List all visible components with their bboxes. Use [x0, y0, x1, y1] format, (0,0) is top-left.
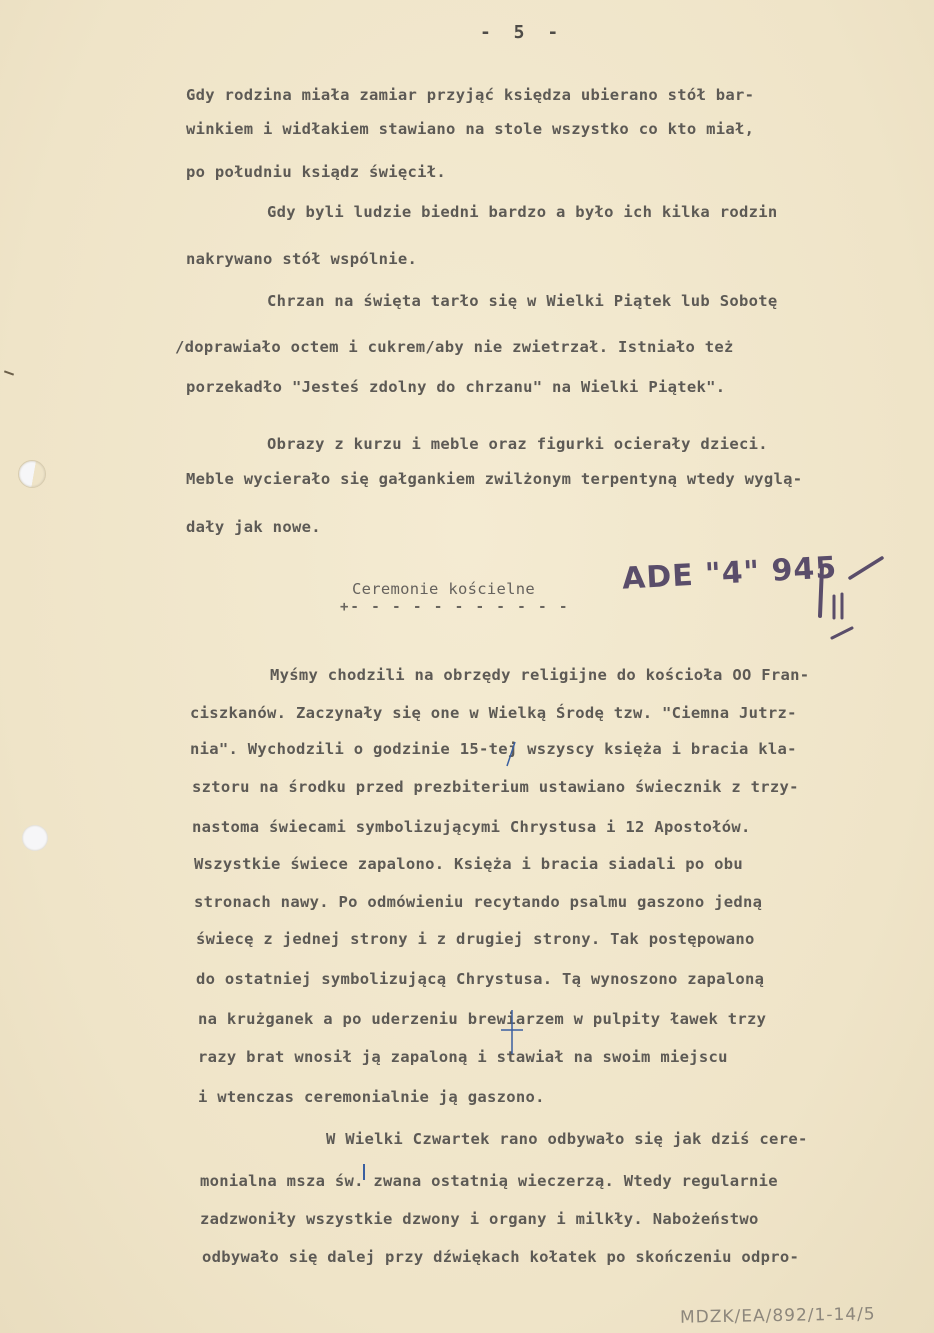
text-line: na krużganek a po uderzeniu brewiarzem w… [198, 1010, 766, 1028]
text-line: razy brat wnosił ją zapaloną i stawiał n… [198, 1048, 728, 1066]
text-line: nakrywano stół wspólnie. [186, 250, 417, 268]
archive-signature: MDZK/EA/892/1-14/5 [680, 1304, 876, 1327]
blue-correction-stroke-icon [503, 740, 519, 768]
blue-insertion-mark-icon [497, 1008, 527, 1058]
text-line: Gdy byli ludzie biedni bardzo a było ich… [267, 203, 777, 221]
document-page: - 5 - Gdy rodzina miała zamiar przyjąć k… [0, 0, 934, 1333]
margin-mark [4, 370, 14, 375]
section-heading: Ceremonie kościelne [352, 580, 535, 598]
text-line: dały jak nowe. [186, 518, 321, 536]
blue-correction-accent-icon [352, 1162, 372, 1198]
text-line: świecę z jednej strony i z drugiej stron… [196, 930, 755, 948]
punch-hole [22, 825, 48, 851]
text-line: Gdy rodzina miała zamiar przyjąć księdza… [186, 86, 754, 104]
punch-hole-torn [18, 460, 46, 488]
text-line: sztoru na środku przed prezbiterium usta… [192, 778, 799, 796]
text-line: do ostatniej symbolizującą Chrystusa. Tą… [196, 970, 764, 988]
page-number: - 5 - [480, 22, 564, 43]
text-line: W Wielki Czwartek rano odbywało się jak … [326, 1130, 808, 1148]
text-line: winkiem i widłakiem stawiano na stole ws… [186, 120, 754, 138]
text-line: ciszkanów. Zaczynały się one w Wielką Śr… [190, 704, 797, 722]
text-line: nia". Wychodzili o godzinie 15-tej wszys… [190, 740, 797, 758]
text-line: i wtenczas ceremonialnie ją gaszono. [198, 1088, 545, 1106]
text-line: Wszystkie świece zapalono. Księża i brac… [194, 855, 743, 873]
text-line: odbywało się dalej przy dźwiękach kołate… [202, 1248, 799, 1266]
text-line: /doprawiało octem i cukrem/aby nie zwiet… [175, 338, 734, 356]
text-line: porzekadło "Jesteś zdolny do chrzanu" na… [186, 378, 725, 396]
text-line: Obrazy z kurzu i meble oraz figurki ocie… [267, 435, 768, 453]
text-line: Meble wycierało się gałgankiem zwilżonym… [186, 470, 802, 488]
text-line: stronach nawy. Po odmówieniu recytando p… [194, 893, 762, 911]
text-line: nastoma świecami symbolizującymi Chrystu… [192, 818, 751, 836]
text-line: Chrzan na święta tarło się w Wielki Piąt… [267, 292, 777, 310]
heading-underline: +- - - - - - - - - - - [340, 599, 569, 615]
text-line: zadzwoniły wszystkie dzwony i organy i m… [200, 1210, 759, 1228]
text-line: monialna msza św. zwana ostatnią wieczer… [200, 1172, 778, 1190]
handwritten-slash-mark-icon [812, 556, 892, 646]
handwritten-archive-mark: ADE "4" 945 [621, 550, 838, 596]
text-line: po południu ksiądz święcił. [186, 163, 446, 181]
text-line: Myśmy chodzili na obrzędy religijne do k… [270, 666, 809, 684]
